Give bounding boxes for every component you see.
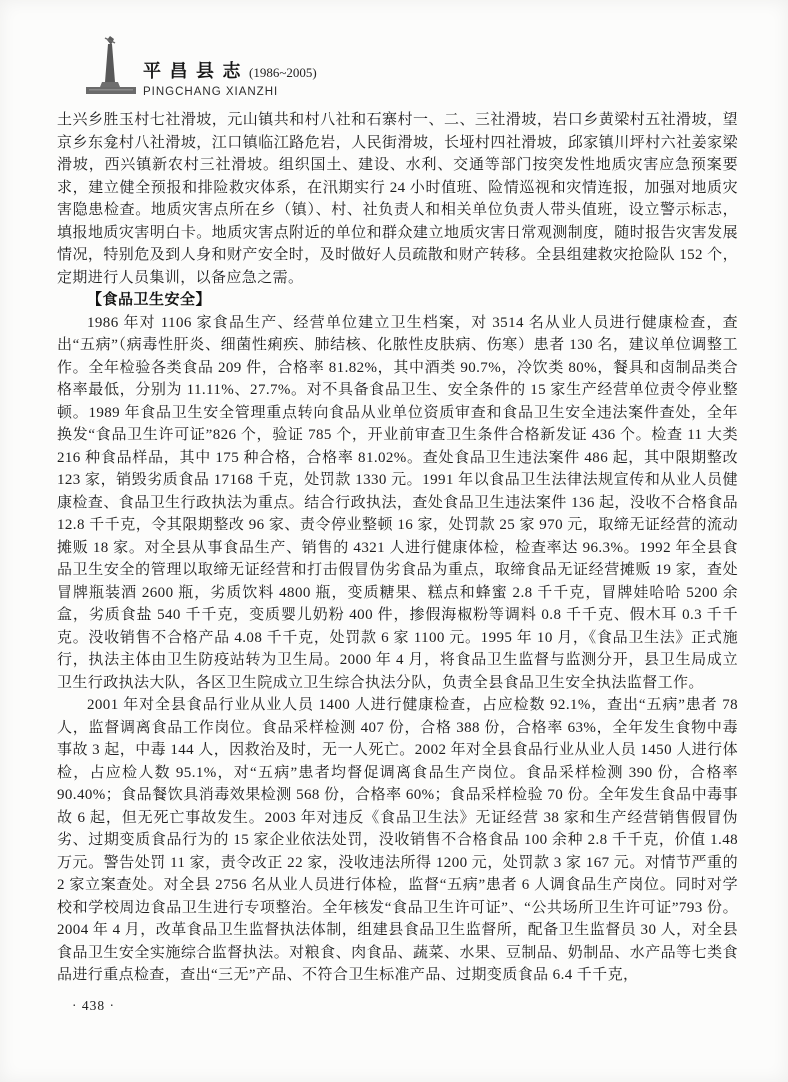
book-title-years: (1986~2005) (249, 65, 317, 80)
book-title: 平 昌 县 志 (1986~2005) (143, 57, 317, 83)
page-footer: · 438 · (72, 998, 115, 1014)
paragraph-food-hygiene-1986-2000: 1986 年对 1106 家食品生产、经营单位建立卫生档案，对 3514 名从业… (57, 312, 738, 695)
book-titles: 平 昌 县 志 (1986~2005) PINGCHANG XIANZHI (143, 57, 317, 98)
document-page: 平 昌 县 志 (1986~2005) PINGCHANG XIANZHI 土兴… (0, 0, 788, 1082)
page-body: 土兴乡胜玉村七社滑坡，元山镇共和村八社和石寨村一、二、三社滑坡，岩口乡黄梁村五社… (57, 109, 738, 987)
paragraph-food-hygiene-2001-2004: 2001 年对全县食品行业从业人员 1400 人进行健康检查，占应检数 92.1… (57, 694, 738, 987)
page-number: · 438 · (72, 998, 115, 1013)
monument-logo-icon (85, 36, 137, 98)
section-title-food-hygiene-safety: 【食品卫生安全】 (57, 289, 738, 312)
book-header: 平 昌 县 志 (1986~2005) PINGCHANG XIANZHI (85, 36, 317, 98)
book-title-pinyin: PINGCHANG XIANZHI (143, 86, 317, 98)
book-title-cn: 平 昌 县 志 (143, 61, 243, 81)
paragraph-geological-disasters: 土兴乡胜玉村七社滑坡，元山镇共和村八社和石寨村一、二、三社滑坡，岩口乡黄梁村五社… (57, 109, 738, 289)
